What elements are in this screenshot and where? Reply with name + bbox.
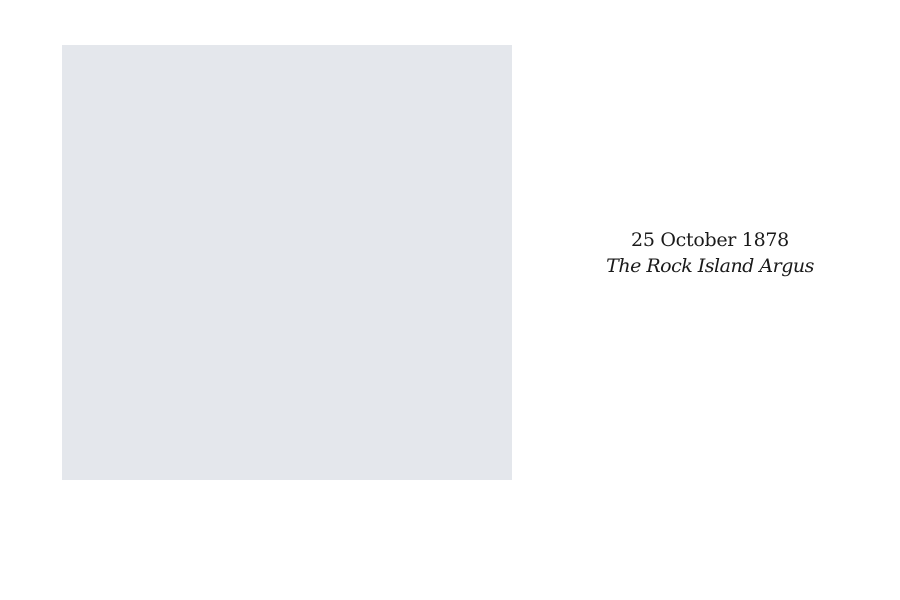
- article-line: tained of her recovery. None of the: [132, 316, 447, 334]
- article-line: spent all last night at her bedside and: [132, 206, 447, 224]
- article-end-rule: [182, 427, 322, 429]
- article-line: sudden and dangerous illness. The death: [132, 134, 447, 152]
- article-line: attending physicians.: [132, 370, 447, 388]
- article-line: the room, and she is seen only by the: [132, 352, 447, 370]
- newspaper-clipping: Alarming Illness. The friends and acquai…: [82, 55, 494, 460]
- article-line: O. J. Dimick will be pained to learn of …: [132, 115, 447, 133]
- caption: 25 October 1878 The Rock Island Argus: [560, 227, 860, 279]
- article-line: almost despaired of. The physicians: [132, 188, 447, 206]
- column-rule-left: [130, 205, 131, 485]
- article-line: prostration from grief that her life is: [132, 170, 447, 188]
- article-line: of her children produced such extreme: [132, 152, 447, 170]
- column-rule-right: [454, 65, 457, 445]
- article-line: sensible that but little hopes are enter…: [132, 297, 447, 315]
- article-headline: Alarming Illness.: [132, 77, 447, 95]
- article-line: resting, but so utterly exhausted and in…: [132, 279, 447, 297]
- article-line: inducing sleep and she now lies quietly: [132, 261, 447, 279]
- top-ornament-rule: [252, 67, 332, 71]
- article-line: The friends and acquaintances of Mrs.: [132, 97, 447, 115]
- article: Alarming Illness. The friends and acquai…: [132, 77, 447, 388]
- article-line: family or friends are permitted to enter: [132, 334, 447, 352]
- caption-date: 25 October 1878: [560, 227, 860, 253]
- article-line: To-day, just after noon, they succeeded …: [132, 243, 447, 261]
- article-line: several times life seemed about extinct.: [132, 225, 447, 243]
- caption-source: The Rock Island Argus: [560, 253, 860, 279]
